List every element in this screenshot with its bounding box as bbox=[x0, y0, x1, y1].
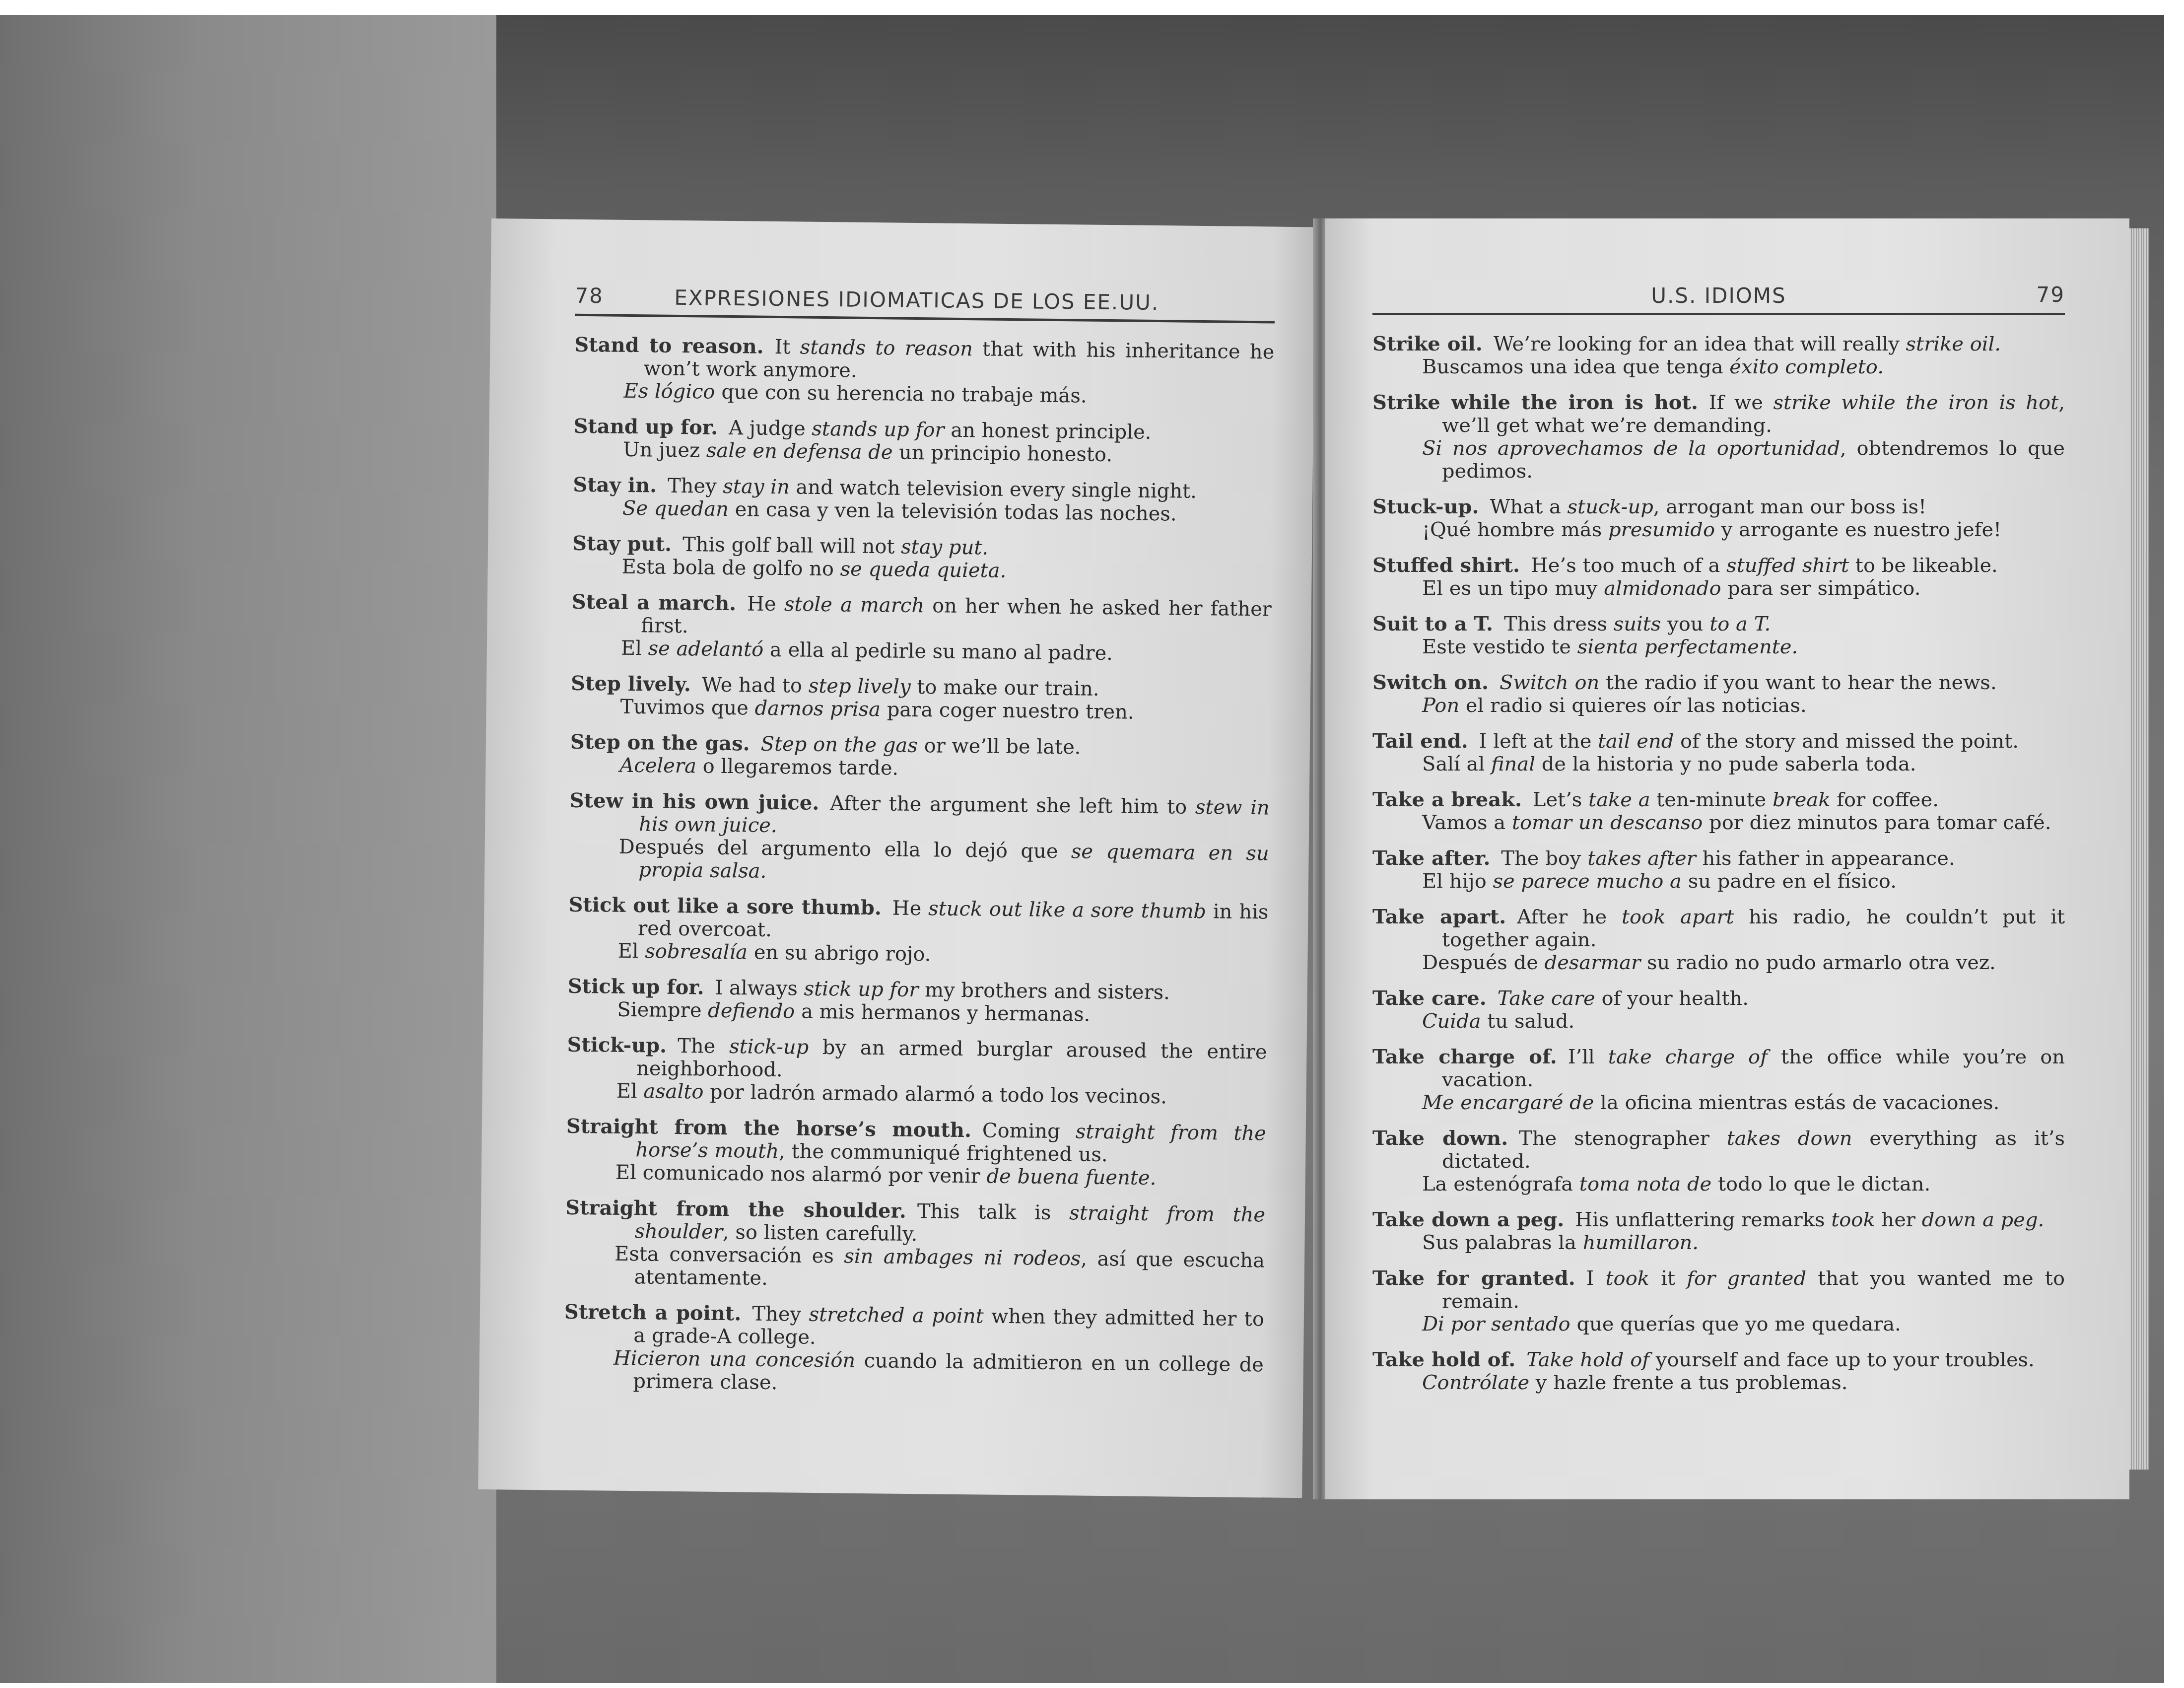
english-example: Take hold of.Take hold of yourself and f… bbox=[1372, 1348, 2065, 1371]
spanish-translation: Hicieron una concesión cuando la admitie… bbox=[563, 1346, 1264, 1400]
idiom-entry: Stay put.This golf ball will not stay pu… bbox=[572, 532, 1272, 585]
spanish-translation: Di por sentado que querías que yo me que… bbox=[1372, 1313, 2065, 1336]
english-example: Take down a peg.His unflattering remarks… bbox=[1372, 1208, 2065, 1231]
english-example: Stuffed shirt.He’s too much of a stuffed… bbox=[1372, 554, 2065, 577]
english-example: Stretch a point.They stretched a point w… bbox=[564, 1301, 1264, 1354]
spanish-translation: Cuida tu salud. bbox=[1372, 1010, 2065, 1033]
english-example: Steal a march.He stole a march on her wh… bbox=[571, 591, 1272, 644]
idiom-entry: Stick up for.I always stick up for my br… bbox=[567, 975, 1268, 1028]
idiom-entry: Stew in his own juice.After the argument… bbox=[569, 789, 1270, 888]
spanish-translation: Buscamos una idea que tenga éxito comple… bbox=[1372, 355, 2065, 378]
idiom-term: Step lively. bbox=[571, 672, 691, 697]
idiom-term: Stick up for. bbox=[568, 975, 704, 999]
idiom-entry: Stretch a point.They stretched a point w… bbox=[563, 1301, 1264, 1400]
idiom-entry: Stuck-up.What a stuck-up, arrogant man o… bbox=[1372, 495, 2065, 541]
spanish-translation: Salí al final de la historia y no pude s… bbox=[1372, 753, 2065, 775]
idiom-term: Stay in. bbox=[573, 473, 657, 497]
english-example: Take charge of.I’ll take charge of the o… bbox=[1372, 1046, 2065, 1091]
idiom-term: Stick-up. bbox=[567, 1033, 667, 1057]
running-head: EXPRESIONES IDIOMATICAS DE LOS EE.UU. bbox=[674, 285, 1159, 315]
idiom-entry: Take charge of.I’ll take charge of the o… bbox=[1372, 1046, 2065, 1114]
idiom-term: Stand up for. bbox=[573, 415, 718, 439]
page-header-right: U.S. IDIOMS 79 bbox=[1372, 278, 2065, 315]
spanish-translation: Pon el radio si quieres oír las noticias… bbox=[1372, 694, 2065, 717]
idiom-term: Take charge of. bbox=[1372, 1045, 1557, 1068]
idiom-list-left: Stand to reason.It stands to reason that… bbox=[563, 334, 1275, 1412]
english-example: Straight from the horse’s mouth.Coming s… bbox=[566, 1115, 1266, 1168]
idiom-term: Tail end. bbox=[1372, 729, 1468, 753]
idiom-entry: Straight from the horse’s mouth.Coming s… bbox=[566, 1115, 1266, 1191]
spanish-translation: El hijo se parece mucho a su padre en el… bbox=[1372, 870, 2065, 893]
idiom-term: Take for granted. bbox=[1372, 1266, 1575, 1290]
idiom-entry: Take care.Take care of your health.Cuida… bbox=[1372, 987, 2065, 1033]
english-example: Tail end.I left at the tail end of the s… bbox=[1372, 730, 2065, 753]
idiom-term: Strike while the iron is hot. bbox=[1372, 391, 1698, 414]
english-example: Take care.Take care of your health. bbox=[1372, 987, 2065, 1010]
english-example: Stand to reason.It stands to reason that… bbox=[574, 334, 1275, 387]
idiom-entry: Stick-up.The stick-up by an armed burgla… bbox=[566, 1034, 1267, 1110]
idiom-term: Stuck-up. bbox=[1372, 495, 1479, 518]
spanish-translation: El es un tipo muy almidonado para ser si… bbox=[1372, 577, 2065, 600]
idiom-entry: Strike while the iron is hot.If we strik… bbox=[1372, 391, 2065, 483]
idiom-entry: Stand up for.A judge stands up for an ho… bbox=[573, 415, 1274, 468]
idiom-term: Take down. bbox=[1372, 1126, 1508, 1150]
idiom-term: Straight from the shoulder. bbox=[565, 1196, 906, 1223]
idiom-entry: Step on the gas.Step on the gas or we’ll… bbox=[570, 731, 1270, 784]
spanish-translation: Esta conversación es sin ambages ni rode… bbox=[564, 1242, 1265, 1295]
english-example: Straight from the shoulder.This talk is … bbox=[565, 1196, 1265, 1250]
idiom-entry: Tail end.I left at the tail end of the s… bbox=[1372, 730, 2065, 775]
idiom-term: Stay put. bbox=[572, 532, 672, 556]
idiom-term: Strike oil. bbox=[1372, 332, 1483, 355]
idiom-entry: Take a break.Let’s take a ten-minute bre… bbox=[1372, 788, 2065, 834]
english-example: Stick out like a sore thumb.He stuck out… bbox=[568, 894, 1269, 947]
idiom-entry: Take apart.After he took apart his radio… bbox=[1372, 906, 2065, 974]
page-number: 79 bbox=[2037, 282, 2065, 307]
idiom-entry: Take for granted.I took it for granted t… bbox=[1372, 1267, 2065, 1336]
english-example: Strike oil.We’re looking for an idea tha… bbox=[1372, 333, 2065, 355]
idiom-term: Take after. bbox=[1372, 846, 1490, 870]
english-example: Take apart.After he took apart his radio… bbox=[1372, 906, 2065, 951]
spanish-translation: Sus palabras la humillaron. bbox=[1372, 1231, 2065, 1254]
idiom-entry: Take down a peg.His unflattering remarks… bbox=[1372, 1208, 2065, 1254]
spanish-translation: Me encargaré de la oficina mientras está… bbox=[1372, 1091, 2065, 1114]
page-78: 78 EXPRESIONES IDIOMATICAS DE LOS EE.UU.… bbox=[478, 218, 1315, 1498]
english-example: Switch on.Switch on the radio if you wan… bbox=[1372, 671, 2065, 694]
page-header-left: 78 EXPRESIONES IDIOMATICAS DE LOS EE.UU. bbox=[575, 279, 1275, 324]
spanish-translation: Este vestido te sienta perfectamente. bbox=[1372, 635, 2065, 658]
running-head: U.S. IDIOMS bbox=[1372, 283, 2065, 308]
page-stack-edge bbox=[2129, 228, 2149, 1470]
idiom-entry: Take down.The stenographer takes down ev… bbox=[1372, 1127, 2065, 1196]
idiom-list-right: Strike oil.We’re looking for an idea tha… bbox=[1372, 333, 2065, 1407]
idiom-entry: Take hold of.Take hold of yourself and f… bbox=[1372, 1348, 2065, 1394]
idiom-entry: Suit to a T.This dress suits you to a T.… bbox=[1372, 613, 2065, 658]
idiom-term: Stew in his own juice. bbox=[569, 789, 819, 815]
english-example: Stuck-up.What a stuck-up, arrogant man o… bbox=[1372, 495, 2065, 518]
english-example: Stew in his own juice.After the argument… bbox=[569, 789, 1270, 843]
idiom-term: Stick out like a sore thumb. bbox=[568, 893, 882, 920]
idiom-entry: Strike oil.We’re looking for an idea tha… bbox=[1372, 333, 2065, 378]
spanish-translation: Vamos a tomar un descanso por diez minut… bbox=[1372, 811, 2065, 834]
english-example: Take a break.Let’s take a ten-minute bre… bbox=[1372, 788, 2065, 811]
spanish-translation: Después de desarmar su radio no pudo arm… bbox=[1372, 951, 2065, 974]
english-example: Take down.The stenographer takes down ev… bbox=[1372, 1127, 2065, 1173]
spanish-translation: ¡Qué hombre más presumido y arrogante es… bbox=[1372, 518, 2065, 541]
spanish-translation: Si nos aprovechamos de la oportunidad, o… bbox=[1372, 437, 2065, 483]
open-book: 78 EXPRESIONES IDIOMATICAS DE LOS EE.UU.… bbox=[491, 218, 2144, 1509]
idiom-entry: Step lively.We had to step lively to mak… bbox=[570, 672, 1271, 725]
spanish-translation: Contrólate y hazle frente a tus problema… bbox=[1372, 1371, 2065, 1394]
spanish-translation: La estenógrafa toma nota de todo lo que … bbox=[1372, 1173, 2065, 1196]
english-example: Suit to a T.This dress suits you to a T. bbox=[1372, 613, 2065, 635]
idiom-term: Take care. bbox=[1372, 986, 1487, 1010]
english-example: Stick-up.The stick-up by an armed burgla… bbox=[567, 1034, 1267, 1087]
idiom-term: Stand to reason. bbox=[574, 333, 764, 358]
english-example: Take for granted.I took it for granted t… bbox=[1372, 1267, 2065, 1313]
english-example: Strike while the iron is hot.If we strik… bbox=[1372, 391, 2065, 437]
idiom-entry: Take after.The boy takes after his fathe… bbox=[1372, 847, 2065, 893]
idiom-entry: Steal a march.He stole a march on her wh… bbox=[571, 591, 1272, 667]
english-example: Take after.The boy takes after his fathe… bbox=[1372, 847, 2065, 870]
idiom-term: Take down a peg. bbox=[1372, 1208, 1564, 1231]
idiom-term: Suit to a T. bbox=[1372, 612, 1493, 635]
page-79: U.S. IDIOMS 79 Strike oil.We’re looking … bbox=[1325, 218, 2129, 1499]
idiom-term: Stretch a point. bbox=[564, 1300, 742, 1326]
idiom-term: Steal a march. bbox=[572, 590, 737, 615]
idiom-term: Switch on. bbox=[1372, 671, 1489, 694]
idiom-term: Stuffed shirt. bbox=[1372, 554, 1520, 577]
idiom-entry: Stand to reason.It stands to reason that… bbox=[574, 334, 1274, 410]
spanish-translation: Después del argumento ella lo dejó que s… bbox=[569, 835, 1269, 888]
idiom-entry: Straight from the shoulder.This talk is … bbox=[564, 1196, 1265, 1295]
idiom-entry: Stuffed shirt.He’s too much of a stuffed… bbox=[1372, 554, 2065, 600]
idiom-term: Take apart. bbox=[1372, 905, 1506, 928]
page-number: 78 bbox=[575, 283, 604, 308]
idiom-term: Take hold of. bbox=[1372, 1348, 1515, 1371]
idiom-term: Step on the gas. bbox=[570, 730, 750, 756]
idiom-entry: Stay in.They stay in and watch televisio… bbox=[573, 474, 1273, 527]
idiom-term: Straight from the horse’s mouth. bbox=[566, 1115, 972, 1142]
idiom-entry: Switch on.Switch on the radio if you wan… bbox=[1372, 671, 2065, 717]
idiom-term: Take a break. bbox=[1372, 788, 1522, 811]
idiom-entry: Stick out like a sore thumb.He stuck out… bbox=[568, 894, 1268, 970]
scanner-shadow bbox=[0, 15, 496, 1683]
